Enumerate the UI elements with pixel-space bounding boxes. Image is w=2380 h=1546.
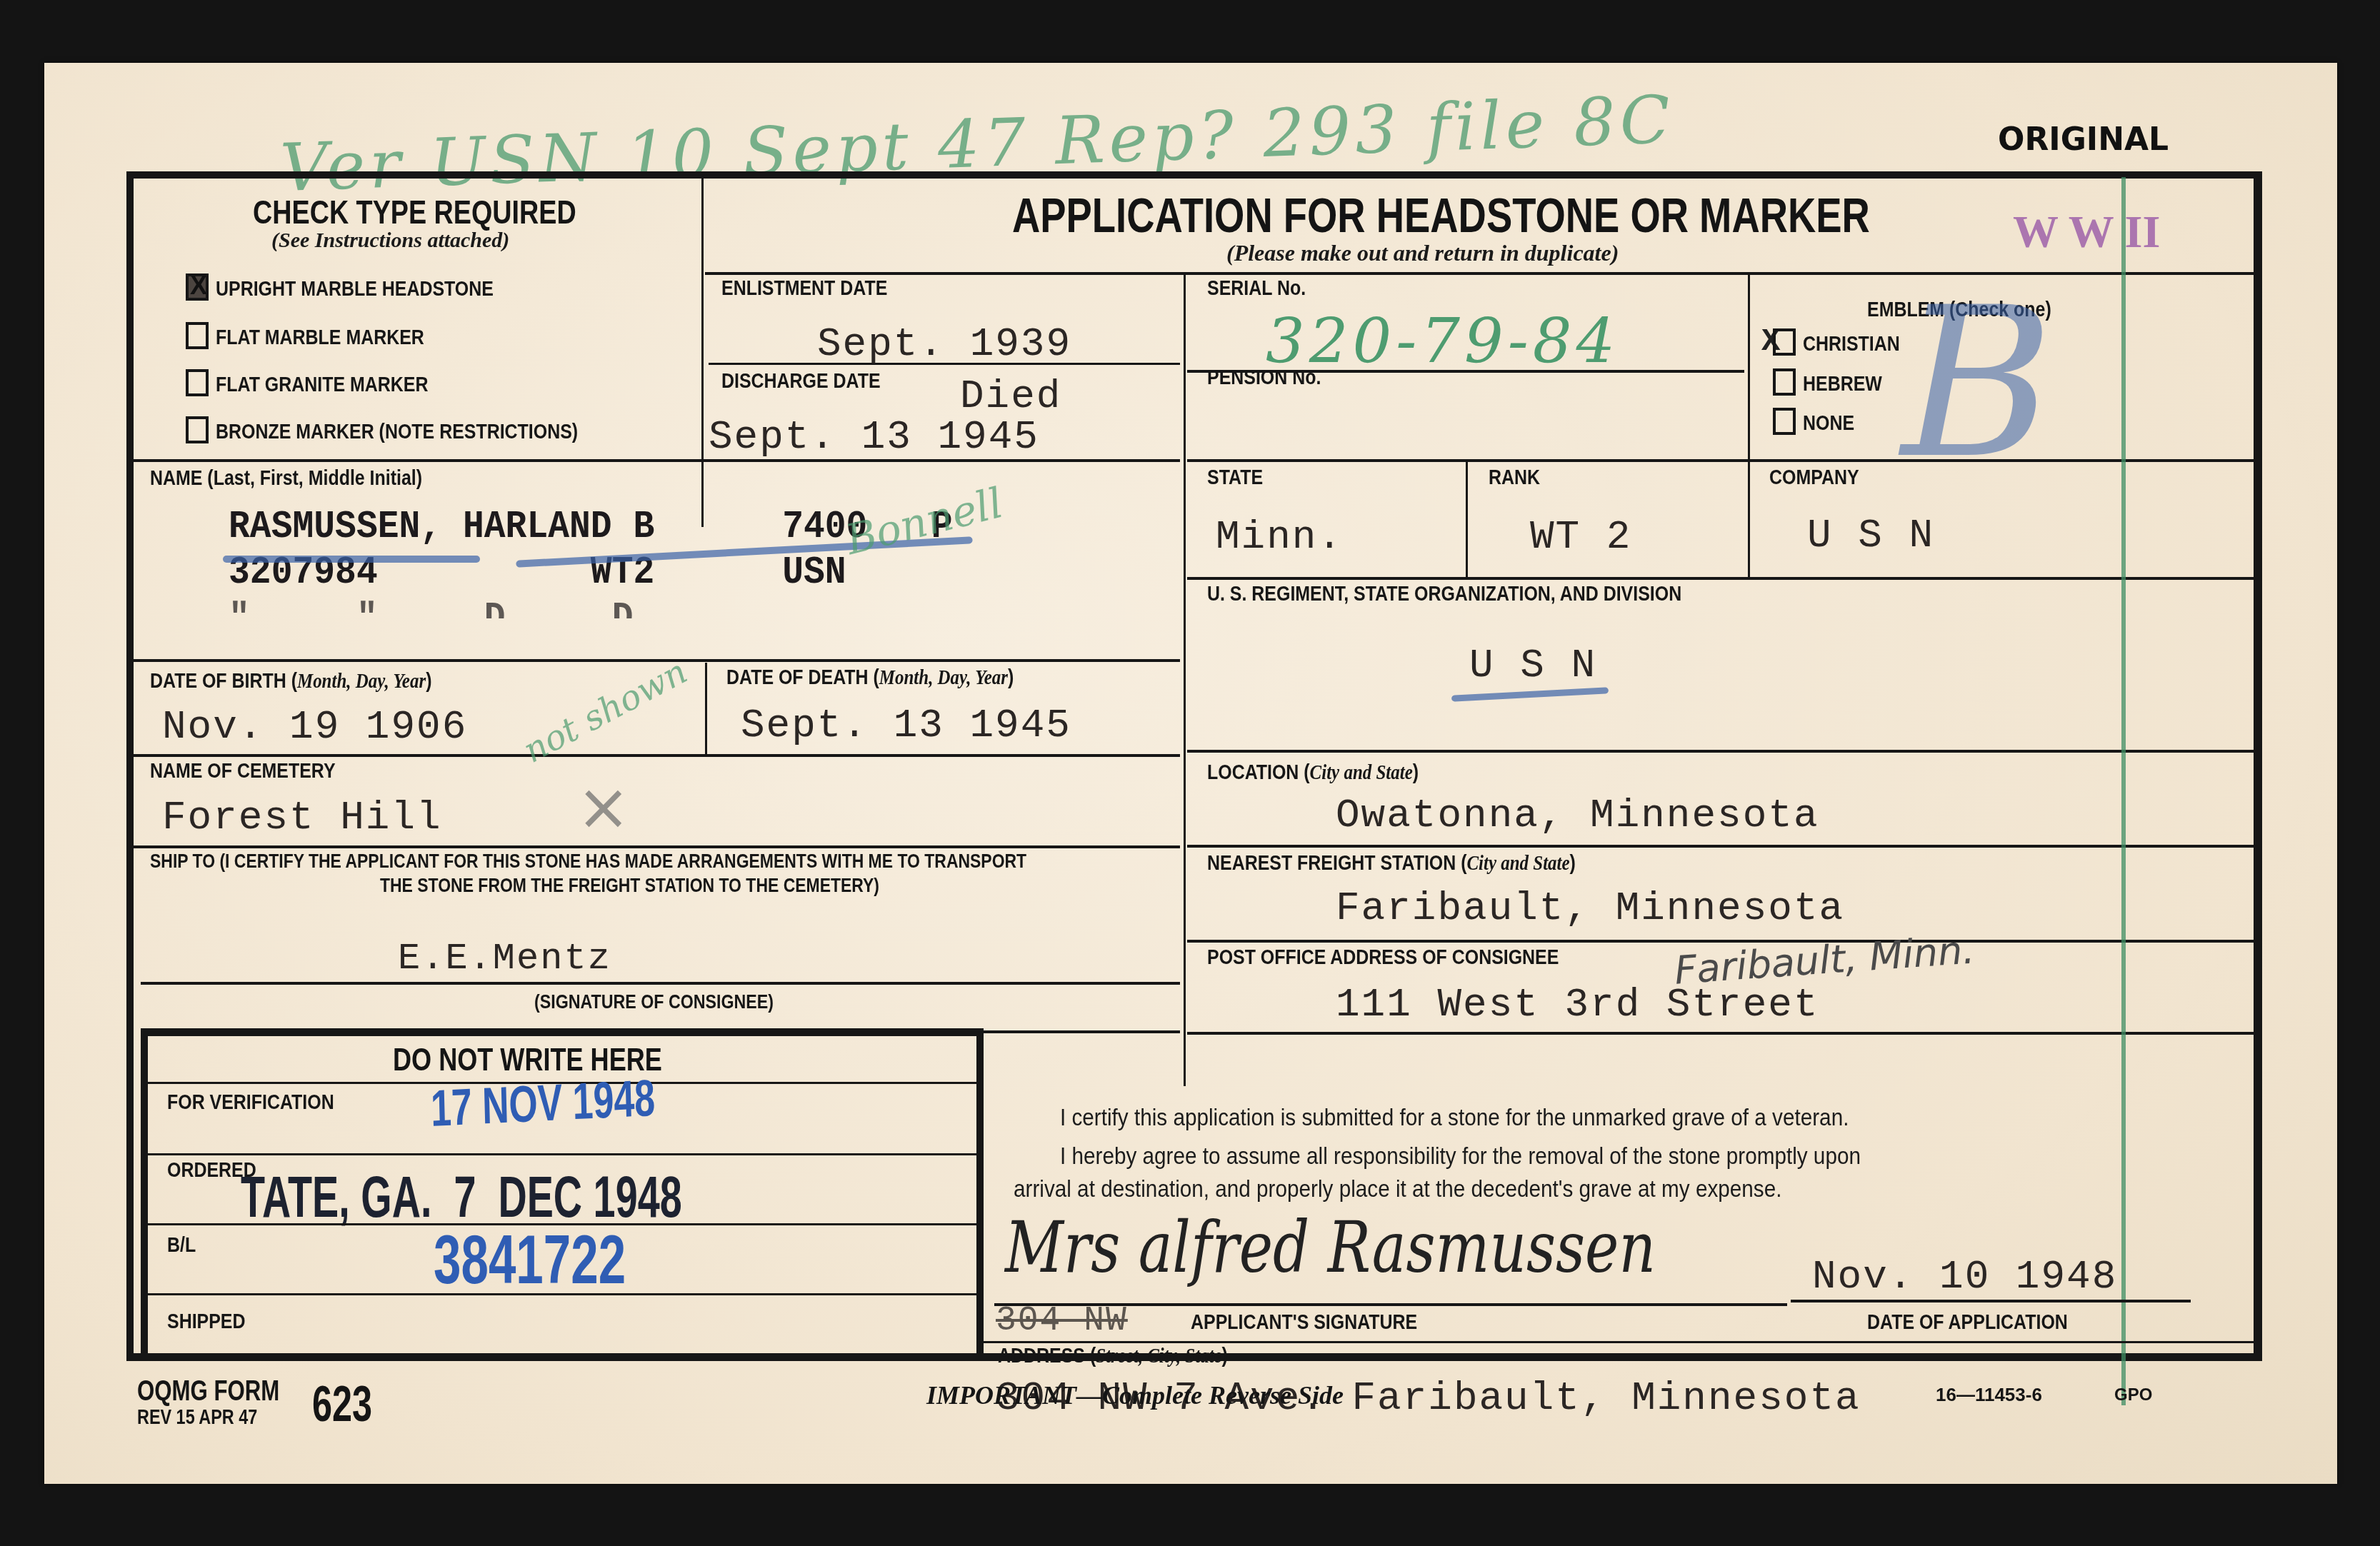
rank-value: WT 2 <box>1530 514 1631 560</box>
regiment-label: U. S. REGIMENT, STATE ORGANIZATION, AND … <box>1207 583 1681 606</box>
divider <box>1184 273 1186 1086</box>
checkbox[interactable] <box>1773 368 1796 396</box>
check-type-heading: CHECK TYPE REQUIRED <box>253 193 576 231</box>
checkbox[interactable] <box>186 416 209 443</box>
freight-station-label: NEAREST FREIGHT STATION (City and State) <box>1207 852 1576 875</box>
location-label: LOCATION (City and State) <box>1207 761 1419 785</box>
name-label: NAME (Last, First, Middle Initial) <box>150 467 422 491</box>
blue-pencil-underline <box>223 556 480 563</box>
state-value: Minn. <box>1216 514 1343 560</box>
signature-rule <box>141 982 1180 985</box>
green-pencil-line <box>2121 177 2126 1405</box>
pension-number-label: PENSION No. <box>1207 366 1321 390</box>
consignee-signature-label: (SIGNATURE OF CONSIGNEE) <box>534 991 774 1013</box>
date-of-death-value: Sept. 13 1945 <box>741 703 1071 748</box>
rule <box>134 754 1180 757</box>
checkbox[interactable] <box>186 369 209 396</box>
headstone-application-card: Ver USN 10 Sept 47 Rep? 293 file 8C ORIG… <box>44 63 2337 1484</box>
rule <box>134 845 1180 848</box>
shipped-label: SHIPPED <box>167 1310 246 1334</box>
discharge-date-label: DISCHARGE DATE <box>721 370 881 393</box>
serial-number-label: SERIAL No. <box>1207 277 1306 301</box>
ww2-stamp: W W II <box>2013 206 2160 258</box>
rule <box>1187 750 2255 753</box>
rule <box>1187 577 2255 580</box>
post-office-label: POST OFFICE ADDRESS OF CONSIGNEE <box>1207 946 1559 970</box>
date-rule <box>1791 1300 2191 1302</box>
office-box-right <box>976 1028 984 1360</box>
discharge-date-value-1: Died <box>960 373 1061 419</box>
pencil-x-mark: × <box>576 770 630 845</box>
bill-of-lading-label: B/L <box>167 1234 196 1258</box>
ship-to-label-1: SHIP TO (I CERTIFY THE APPLICANT FOR THI… <box>150 850 1026 873</box>
frame-top <box>126 171 2262 179</box>
check-x-icon: X <box>190 271 207 301</box>
option-label: NONE <box>1803 412 1854 436</box>
certification-line-3: arrival at destination, and properly pla… <box>1014 1175 1782 1203</box>
rule <box>148 1293 976 1295</box>
emblem-b-annotation: B <box>1901 281 2054 488</box>
rule <box>148 1153 976 1155</box>
cemetery-label: NAME OF CEMETERY <box>150 760 336 783</box>
divider <box>1466 459 1468 577</box>
printer-mark: GPO <box>2114 1385 2152 1405</box>
address-label: ADDRESS (Street, City, State) <box>998 1345 1228 1368</box>
bill-of-lading-value: 3841722 <box>434 1221 626 1300</box>
blue-pencil-underline <box>1451 687 1609 702</box>
post-office-value: 111 West 3rd Street <box>1336 982 1819 1028</box>
option-label: FLAT GRANITE MARKER <box>216 373 428 397</box>
company-value: U S N <box>1807 513 1934 558</box>
copy-label: ORIGINAL <box>1998 121 2169 158</box>
option-label: CHRISTIAN <box>1803 333 1900 356</box>
form-id-line-2: REV 15 APR 47 <box>137 1405 257 1430</box>
discharge-date-value-2: Sept. 13 1945 <box>709 414 1039 460</box>
form-title: APPLICATION FOR HEADSTONE OR MARKER <box>1012 188 1870 244</box>
office-box-top <box>141 1028 984 1036</box>
enlistment-date-label: ENLISTMENT DATE <box>721 277 887 301</box>
form-id-line-1: OQMG FORM <box>137 1375 279 1407</box>
option-label: BRONZE MARKER (NOTE RESTRICTIONS) <box>216 421 578 444</box>
print-code: 16—11453-6 <box>1936 1384 2042 1406</box>
verification-stamp: 17 NOV 1948 <box>430 1069 656 1138</box>
checkbox-checked[interactable] <box>1773 328 1796 356</box>
rule <box>1187 940 2255 943</box>
footer-important-note: IMPORTANT—Complete Reverse Side <box>926 1380 1344 1410</box>
application-date-label: DATE OF APPLICATION <box>1867 1311 2068 1335</box>
name-handwritten-annotation: Bonnell <box>841 478 1007 564</box>
option-label: FLAT MARBLE MARKER <box>216 326 424 350</box>
certification-line-1: I certify this application is submitted … <box>1060 1104 1849 1131</box>
rule <box>1187 459 2255 462</box>
ship-to-label-2: THE STONE FROM THE FREIGHT STATION TO TH… <box>380 874 879 897</box>
divider <box>701 177 704 527</box>
rule <box>984 1341 2255 1343</box>
birth-handwritten-annotation: not shown <box>517 651 694 771</box>
date-of-birth-value: Nov. 19 1906 <box>162 704 467 750</box>
regiment-value: U S N <box>1469 643 1596 688</box>
verification-label: FOR VERIFICATION <box>167 1091 334 1115</box>
cemetery-value: Forest Hill <box>162 795 442 840</box>
frame-left <box>126 171 134 1360</box>
date-of-birth-label: DATE OF BIRTH (Month, Day, Year) <box>150 670 431 693</box>
date-of-death-label: DATE OF DEATH (Month, Day, Year) <box>726 666 1014 690</box>
check-type-subheading: (See Instructions attached) <box>271 229 509 253</box>
rule <box>1187 1032 2255 1035</box>
office-box-left <box>141 1028 148 1360</box>
company-label: COMPANY <box>1769 466 1859 490</box>
state-label: STATE <box>1207 466 1263 490</box>
struck-address-text: 304 NW <box>996 1302 1128 1340</box>
frame-right <box>2254 171 2262 1360</box>
divider <box>1748 273 1750 577</box>
checkbox[interactable] <box>1773 408 1796 435</box>
consignee-signature: E.E.Mentz <box>398 938 611 980</box>
form-number: 623 <box>312 1375 372 1432</box>
certification-line-2: I hereby agree to assume all responsibil… <box>1060 1143 1861 1170</box>
applicant-signature[interactable]: Mrs alfred Rasmussen <box>1005 1205 1656 1289</box>
rule <box>1187 845 2255 848</box>
divider <box>705 663 707 756</box>
location-value: Owatonna, Minnesota <box>1336 793 1819 838</box>
enlistment-date-value: Sept. 1939 <box>817 321 1071 367</box>
option-label: HEBREW <box>1803 373 1882 396</box>
freight-station-value: Faribault, Minnesota <box>1336 885 1844 931</box>
applicant-signature-label: APPLICANT'S SIGNATURE <box>1191 1311 1417 1335</box>
option-label: UPRIGHT MARBLE HEADSTONE <box>216 278 494 301</box>
form-subtitle: (Please make out and return in duplicate… <box>1226 240 1619 266</box>
rank-label: RANK <box>1489 466 1540 490</box>
checkbox[interactable] <box>186 322 209 349</box>
application-date-value: Nov. 10 1948 <box>1812 1254 2117 1300</box>
name-line-3: " " D D <box>229 597 633 618</box>
